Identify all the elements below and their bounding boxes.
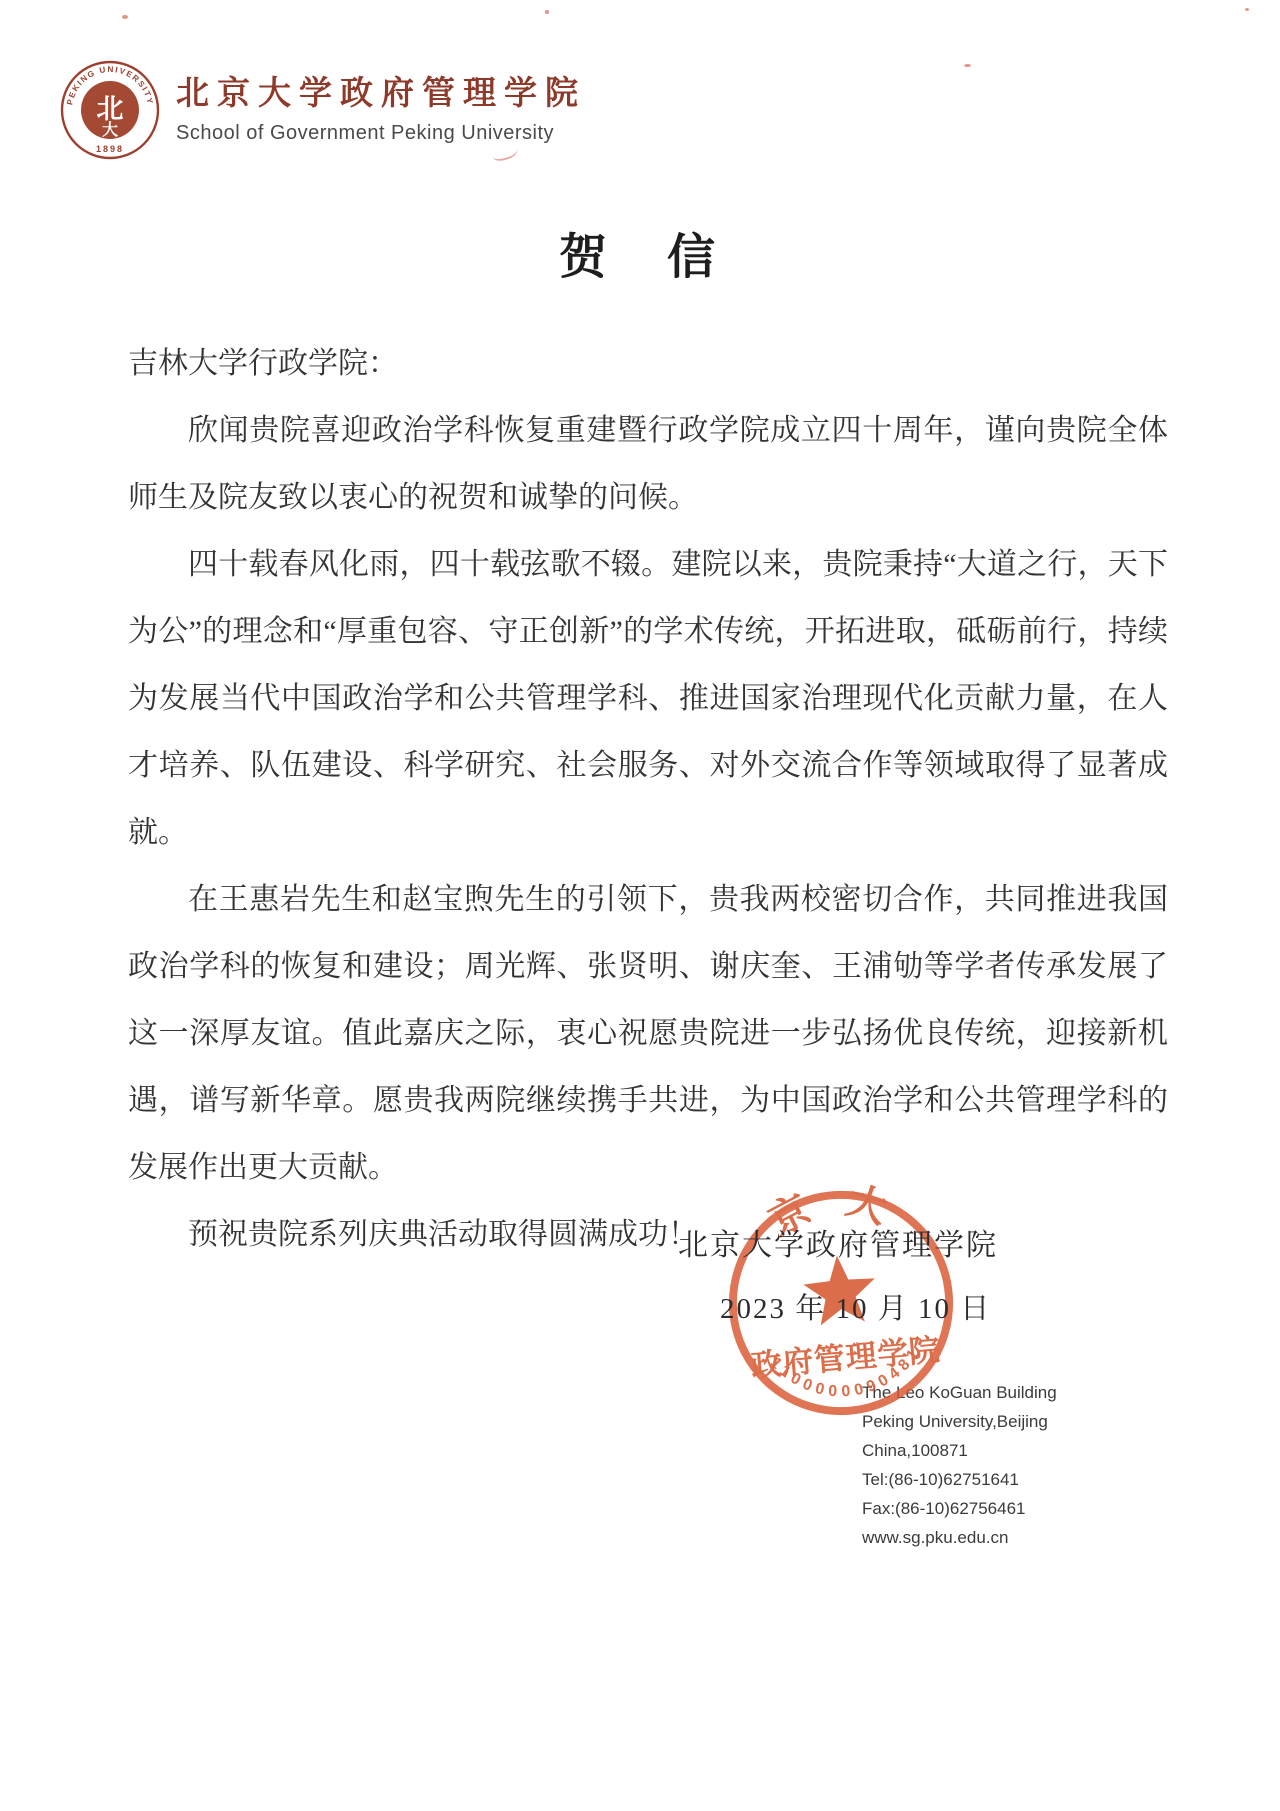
letter-title: 贺 信 xyxy=(0,218,1280,287)
signature-org-name: 北京大学政府管理学院 xyxy=(678,1220,998,1264)
contact-line-website: www.sg.pku.edu.cn xyxy=(862,1523,1057,1552)
letter-paragraph: 在王惠岩先生和赵宝煦先生的引领下，贵我两校密切合作，共同推进我国政治学科的恢复和… xyxy=(128,866,1168,1201)
logo-emblem-char-bottom: 大 xyxy=(102,121,118,139)
letter-paragraph: 预祝贵院系列庆典活动取得圆满成功！ xyxy=(128,1201,1168,1268)
scan-speck xyxy=(545,10,549,14)
logo-year-text: 1898 xyxy=(96,144,124,154)
letter-body: 吉林大学行政学院： 欣闻贵院喜迎政治学科恢复重建暨行政学院成立四十周年，谨向贵院… xyxy=(128,330,1168,1268)
letter-paragraph: 四十载春风化雨，四十载弦歌不辍。建院以来，贵院秉持“大道之行，天下为公”的理念和… xyxy=(128,531,1168,866)
org-name-block: 北京大学政府管理学院 School of Government Peking U… xyxy=(176,75,586,146)
salutation: 吉林大学行政学院： xyxy=(128,330,1168,397)
letter-page: PEKING UNIVERSITY 1898 北 大 北京大学政府管理学院 Sc… xyxy=(0,0,1280,1811)
contact-line-fax: Fax:(86-10)62756461 xyxy=(862,1494,1057,1523)
contact-line-tel: Tel:(86-10)62751641 xyxy=(862,1465,1057,1494)
logo-emblem-char-top: 北 xyxy=(97,94,124,124)
letter-paragraph: 欣闻贵院喜迎政治学科恢复重建暨行政学院成立四十周年，谨向贵院全体师生及院友致以衷… xyxy=(128,397,1168,531)
org-name-chinese: 北京大学政府管理学院 xyxy=(176,75,586,115)
scan-speck xyxy=(122,15,128,19)
signature-date: 2023 年 10 月 10 日 xyxy=(720,1286,991,1327)
contact-line-country: China,100871 xyxy=(862,1436,1057,1465)
scan-speck xyxy=(1245,8,1249,11)
pku-seal-logo: PEKING UNIVERSITY 1898 北 大 xyxy=(60,60,160,160)
org-name-english: School of Government Peking University xyxy=(176,122,586,145)
scan-speck xyxy=(964,64,971,67)
